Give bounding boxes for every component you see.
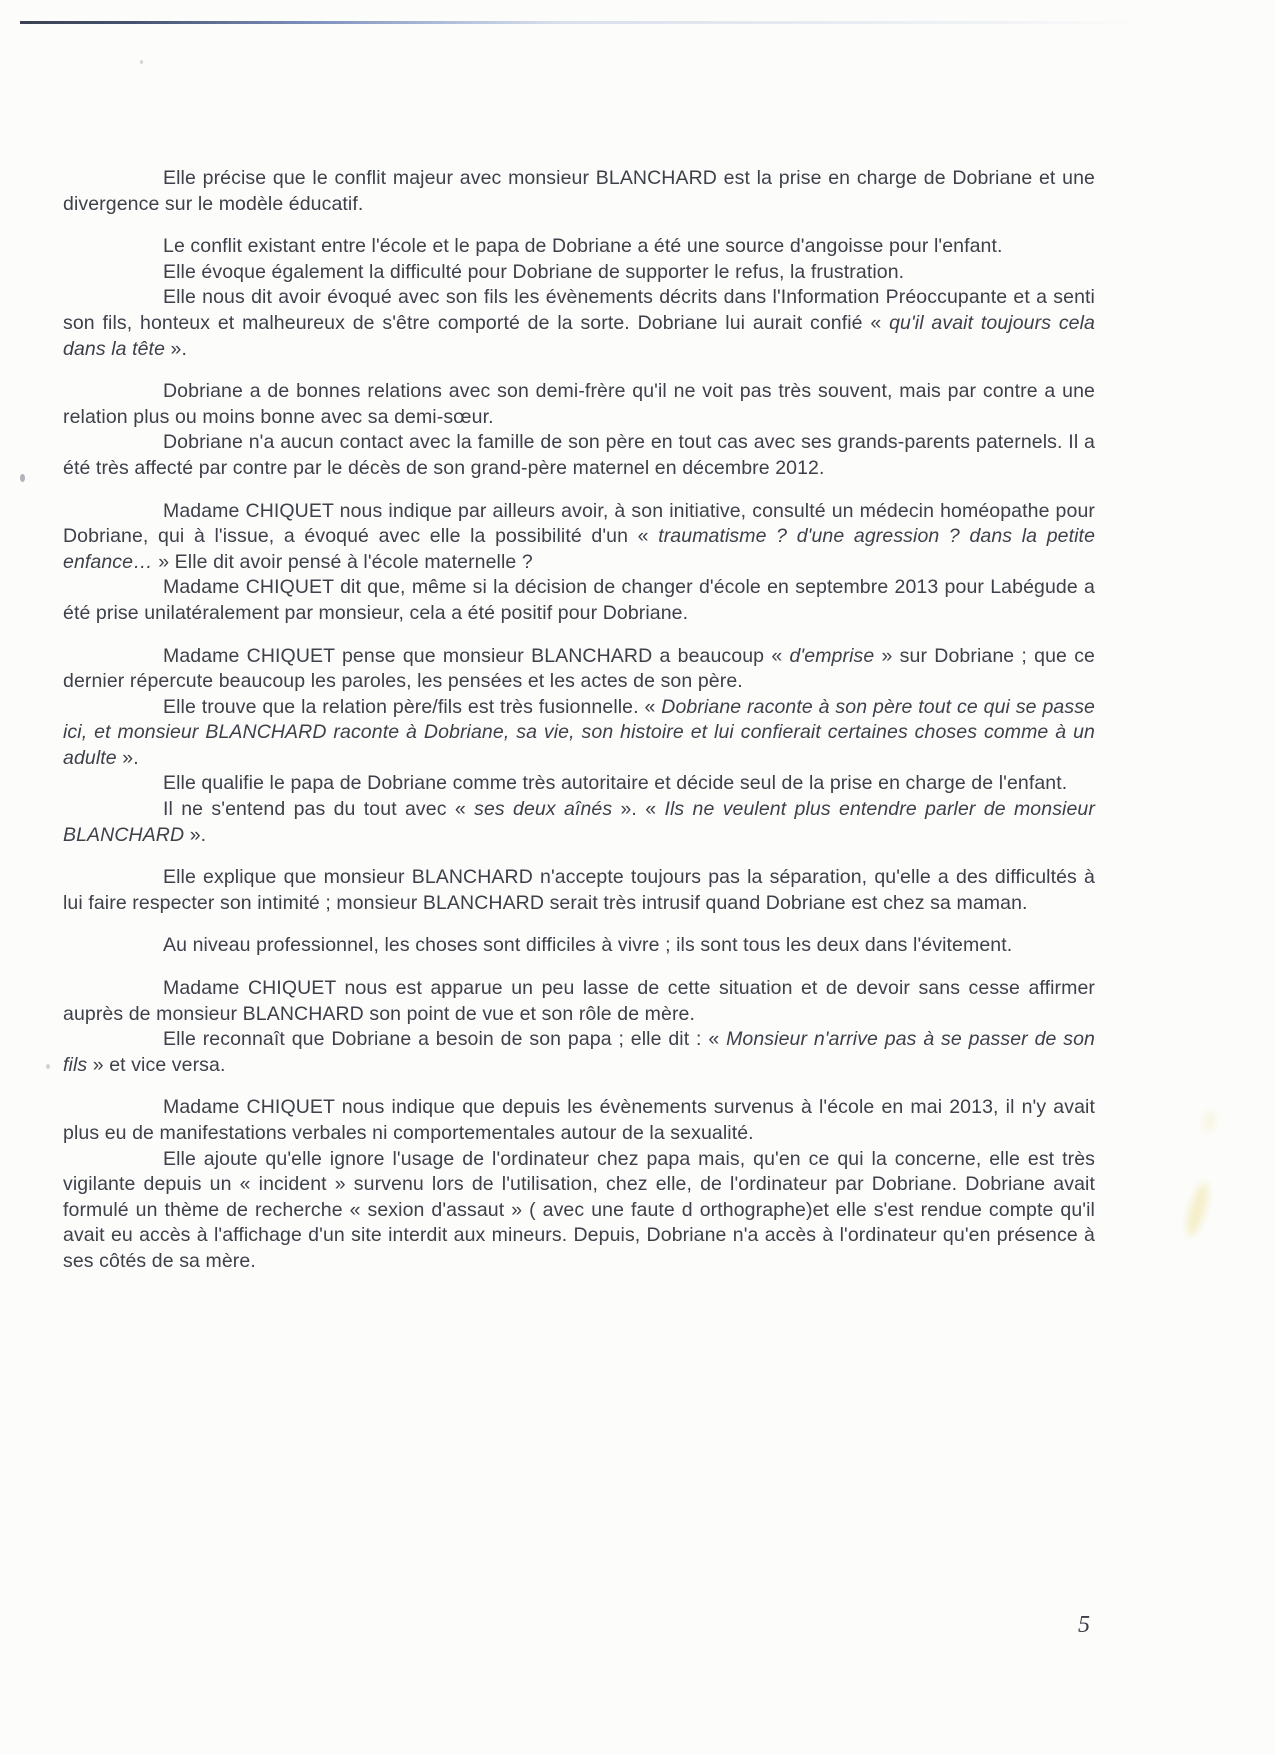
text-run: Dobriane a de bonnes relations avec son …: [63, 380, 1095, 428]
paragraph: Le conflit existant entre l'école et le …: [63, 234, 1095, 260]
text-run: Le conflit existant entre l'école et le …: [163, 235, 1003, 257]
paragraph: Elle ajoute qu'elle ignore l'usage de l'…: [63, 1147, 1095, 1275]
highlighter-smudge: [1183, 1181, 1213, 1238]
scan-speck: [20, 474, 25, 482]
paragraph: Il ne s'entend pas du tout avec « ses de…: [63, 797, 1095, 848]
paragraph: Dobriane n'a aucun contact avec la famil…: [63, 430, 1095, 481]
text-run: Madame CHIQUET nous indique que depuis l…: [63, 1096, 1095, 1144]
text-run: Il ne s'entend pas du tout avec «: [163, 798, 474, 820]
text-run: Madame CHIQUET dit que, même si la décis…: [63, 576, 1095, 624]
paragraph: Elle nous dit avoir évoqué avec son fils…: [63, 285, 1095, 362]
paragraph: Elle reconnaît que Dobriane a besoin de …: [63, 1027, 1095, 1078]
text-run: ».: [165, 338, 187, 360]
paragraph: Au niveau professionnel, les choses sont…: [63, 933, 1095, 959]
text-run: » et vice versa.: [87, 1054, 225, 1076]
text-run: Madame CHIQUET pense que monsieur BLANCH…: [163, 645, 789, 667]
paragraph: Elle qualifie le papa de Dobriane comme …: [63, 771, 1095, 797]
text-run: » Elle dit avoir pensé à l'école materne…: [153, 551, 533, 573]
paragraph: Elle explique que monsieur BLANCHARD n'a…: [63, 865, 1095, 916]
text-run: Elle qualifie le papa de Dobriane comme …: [163, 772, 1067, 794]
paragraph: Elle précise que le conflit majeur avec …: [63, 166, 1095, 217]
paragraph: Madame CHIQUET pense que monsieur BLANCH…: [63, 644, 1095, 695]
paragraph: Madame CHIQUET nous est apparue un peu l…: [63, 976, 1095, 1027]
text-run: ». «: [612, 798, 664, 820]
text-run: ».: [117, 747, 139, 769]
page-number: 5: [1078, 1612, 1090, 1639]
scan-speck: [46, 1064, 50, 1069]
text-run: Madame CHIQUET nous est apparue un peu l…: [63, 977, 1095, 1025]
highlighter-smudge: [1203, 1109, 1216, 1132]
text-run: Elle évoque également la difficulté pour…: [163, 261, 904, 283]
paragraph: Madame CHIQUET dit que, même si la décis…: [63, 575, 1095, 626]
text-run: Elle précise que le conflit majeur avec …: [63, 167, 1095, 215]
paragraph: Madame CHIQUET nous indique par ailleurs…: [63, 499, 1095, 576]
document-body: Elle précise que le conflit majeur avec …: [63, 166, 1095, 1275]
paragraph: Dobriane a de bonnes relations avec son …: [63, 379, 1095, 430]
paragraph: Elle évoque également la difficulté pour…: [63, 260, 1095, 286]
quoted-italic-text: ses deux aînés: [474, 798, 612, 820]
text-run: ».: [184, 824, 206, 846]
paragraph: Elle trouve que la relation père/fils es…: [63, 695, 1095, 772]
text-run: Au niveau professionnel, les choses sont…: [163, 934, 1012, 956]
scan-artifact-line: [20, 21, 1140, 24]
scan-speck: [140, 60, 143, 64]
text-run: Dobriane n'a aucun contact avec la famil…: [63, 431, 1095, 479]
text-run: Elle ajoute qu'elle ignore l'usage de l'…: [63, 1148, 1095, 1272]
text-run: Elle reconnaît que Dobriane a besoin de …: [163, 1028, 726, 1050]
document-page: Elle précise que le conflit majeur avec …: [0, 0, 1275, 1755]
text-run: Elle explique que monsieur BLANCHARD n'a…: [63, 866, 1095, 914]
quoted-italic-text: d'emprise: [789, 645, 874, 667]
paragraph: Madame CHIQUET nous indique que depuis l…: [63, 1095, 1095, 1146]
text-run: Elle trouve que la relation père/fils es…: [163, 696, 661, 718]
